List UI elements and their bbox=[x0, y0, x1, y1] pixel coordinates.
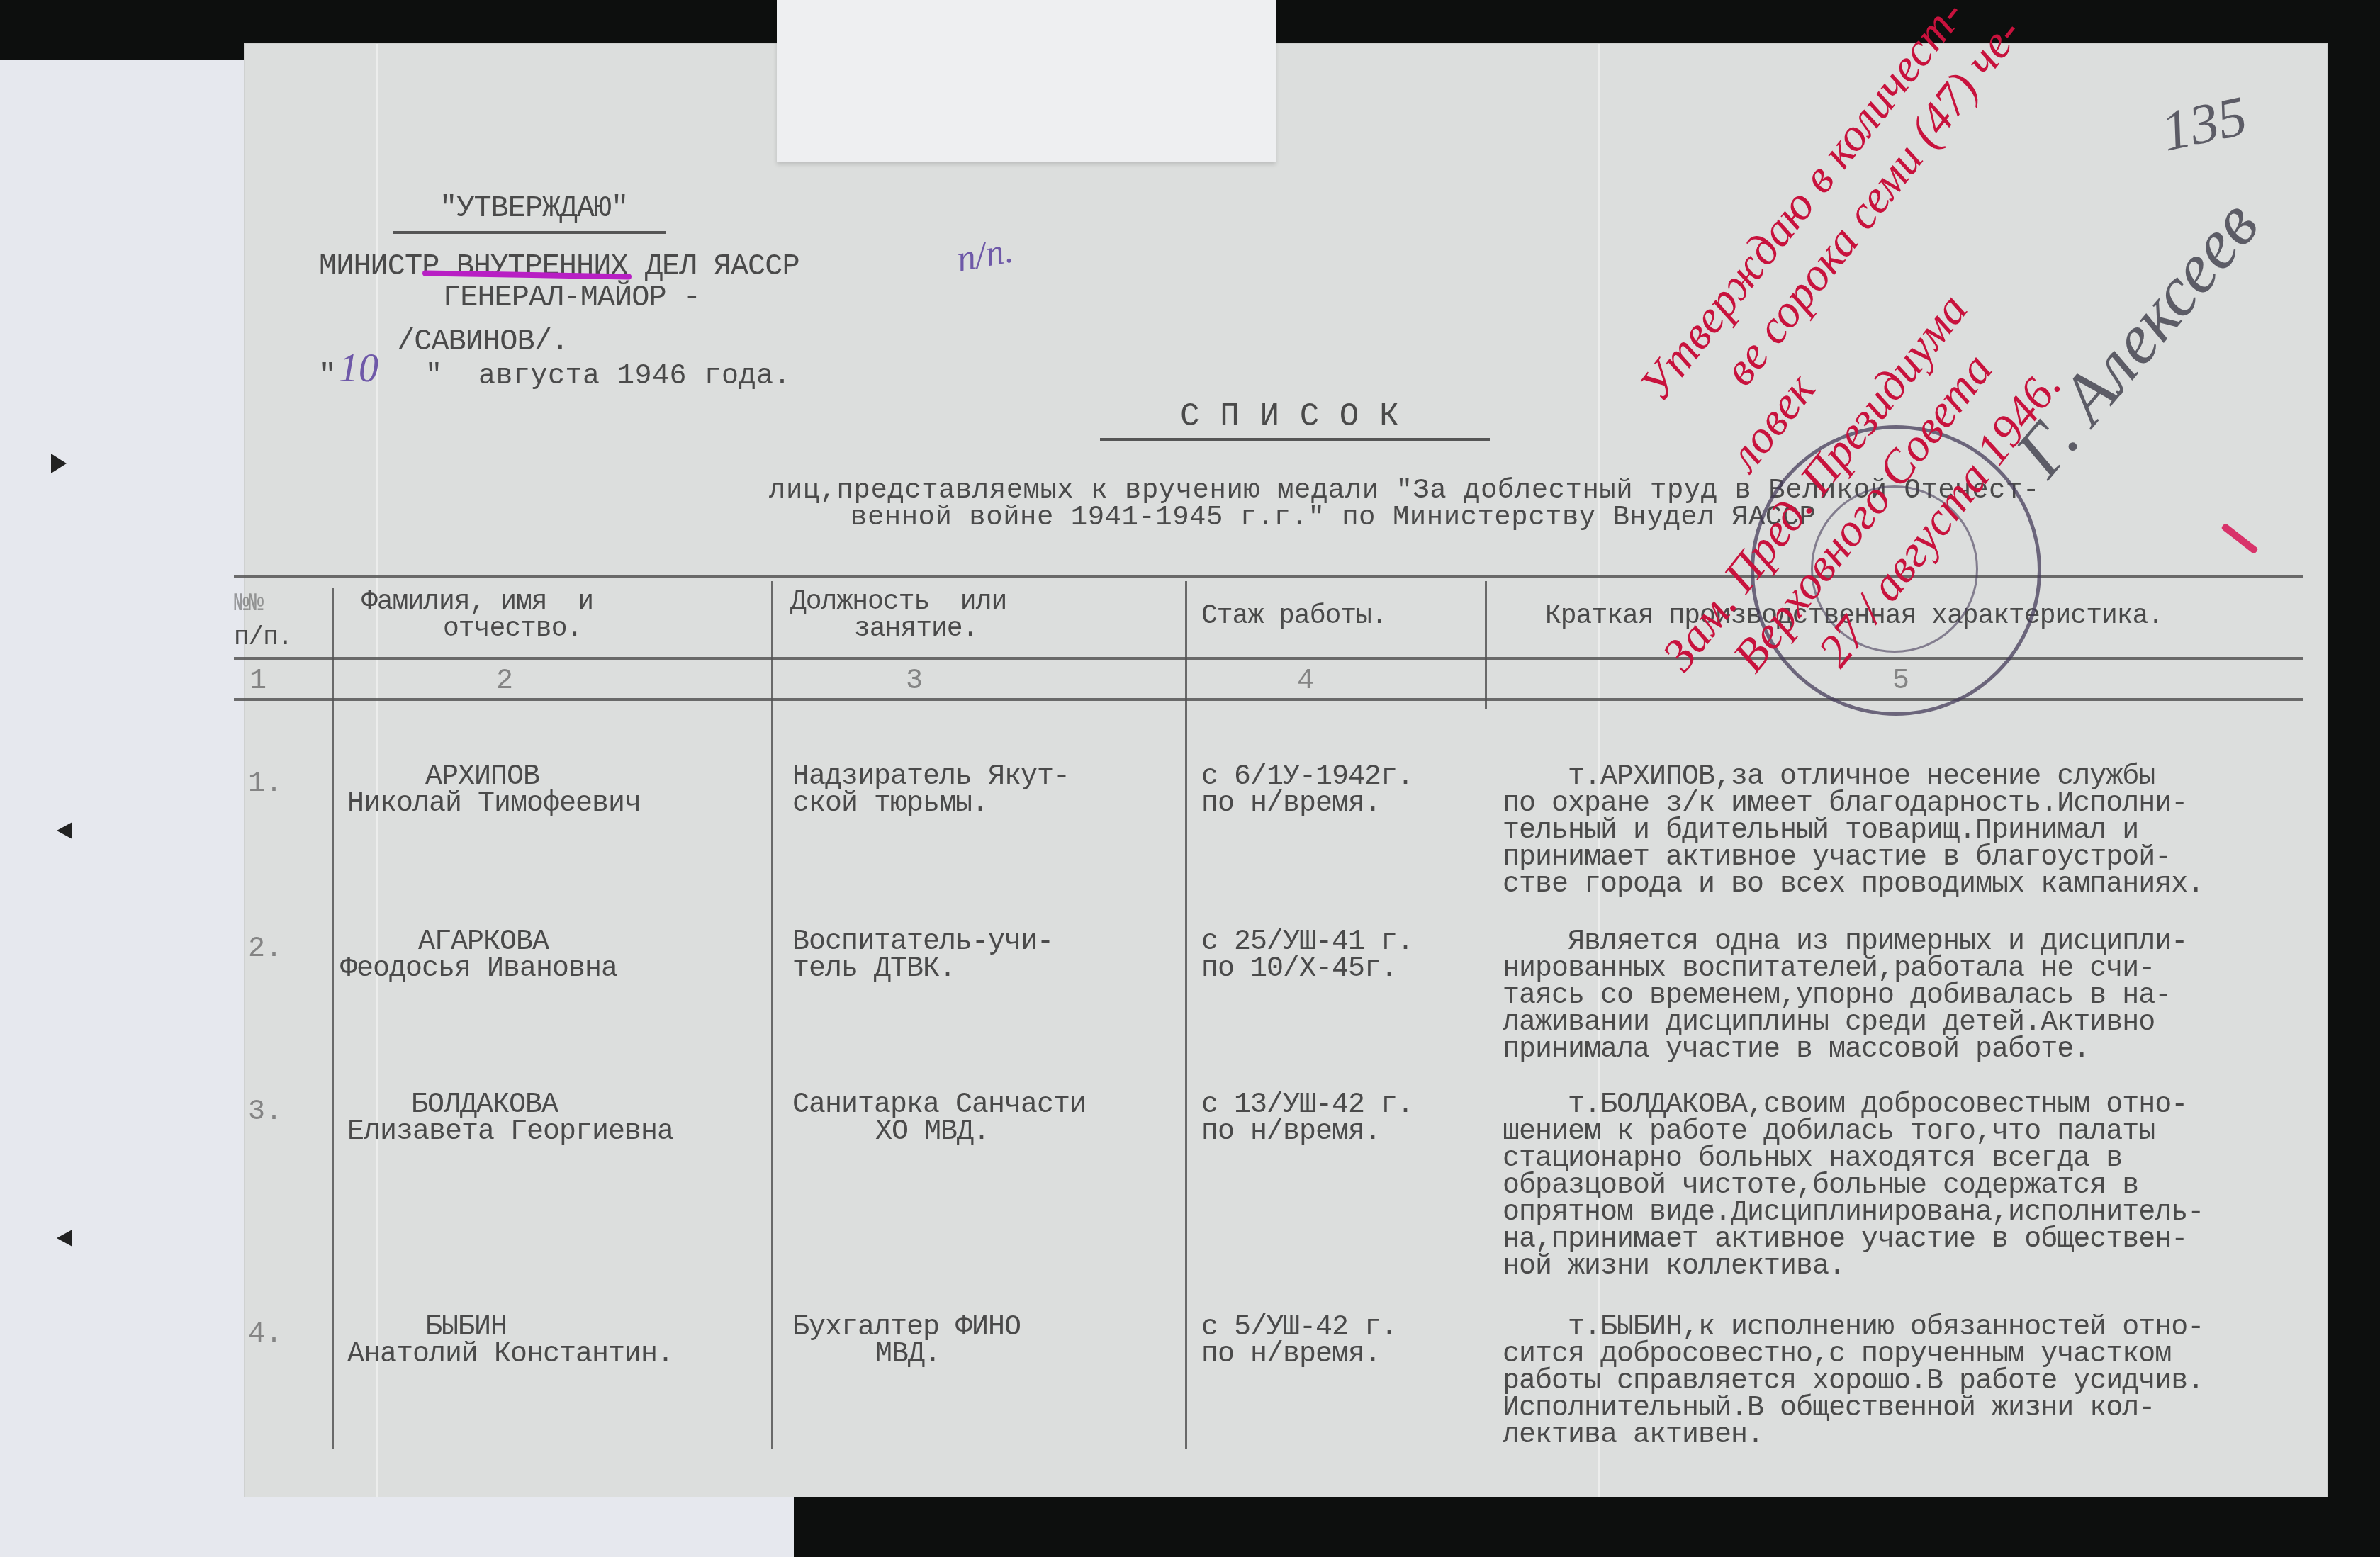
approval-heading: "УТВЕРЖДАЮ" bbox=[439, 193, 628, 224]
row-tenure-l2: по н/время. bbox=[1201, 1339, 1381, 1371]
row-number: 3. bbox=[248, 1097, 283, 1128]
table-column-number-rule bbox=[234, 698, 2303, 701]
table-column-divider bbox=[771, 581, 773, 1449]
row-given-names: Феодосья Ивановна bbox=[340, 954, 617, 985]
column-number: 1 bbox=[249, 666, 267, 697]
approval-date-text: августа 1946 года. bbox=[478, 361, 791, 393]
punch-mark-icon bbox=[51, 454, 67, 473]
characteristic-line: ной жизни коллектива. bbox=[1503, 1252, 1845, 1283]
punch-mark-icon bbox=[57, 822, 72, 839]
row-given-names: Анатолий Константин. bbox=[347, 1339, 673, 1371]
punch-mark-icon bbox=[57, 1230, 72, 1247]
approval-signatory-line: /САВИНОВ/. bbox=[397, 326, 568, 357]
characteristic-line: принимала участие в массовой работе. bbox=[1503, 1035, 2089, 1066]
column-number: 3 bbox=[906, 666, 924, 697]
paper-slip bbox=[777, 0, 1276, 162]
row-position-l2: ской тюрьмы. bbox=[792, 789, 988, 820]
table-column-divider bbox=[332, 588, 334, 1449]
approval-date-day: 10 bbox=[339, 346, 378, 391]
header-position-l2: занятие. bbox=[854, 614, 977, 645]
characteristic-line: стве города и во всех проводимых кампани… bbox=[1503, 870, 2204, 901]
approval-date-open-quote: " bbox=[319, 361, 337, 393]
row-position-l2: МВД. bbox=[875, 1339, 941, 1371]
column-number: 4 bbox=[1297, 666, 1315, 697]
row-position-l2: ХО МВД. bbox=[875, 1117, 989, 1148]
column-number: 2 bbox=[496, 666, 514, 697]
table-column-divider bbox=[1485, 581, 1487, 709]
document-title-underline bbox=[1100, 438, 1490, 441]
row-position-l2: тель ДТВК. bbox=[792, 954, 955, 985]
row-given-names: Елизавета Георгиевна bbox=[347, 1117, 673, 1148]
row-number: 1. bbox=[248, 769, 283, 800]
header-num-l2: п/п. bbox=[234, 622, 292, 653]
characteristic-line: лектива активен. bbox=[1503, 1420, 1763, 1451]
row-tenure-l2: по 10/Х-45г. bbox=[1201, 954, 1397, 985]
header-tenure: Стаж работы. bbox=[1201, 601, 1387, 632]
approval-heading-underline bbox=[393, 231, 666, 234]
table-column-divider bbox=[1185, 581, 1187, 1449]
row-given-names: Николай Тимофеевич bbox=[347, 789, 641, 820]
document-title: С П И С О К bbox=[1180, 401, 1399, 432]
row-number: 4. bbox=[248, 1320, 283, 1351]
header-name-l2: отчество. bbox=[443, 614, 582, 645]
row-tenure-l2: по н/время. bbox=[1201, 1117, 1381, 1148]
row-number: 2. bbox=[248, 934, 283, 965]
document-subtitle-line2: венной войне 1941-1945 г.г." по Министер… bbox=[851, 502, 1817, 533]
header-num-l1: №№ bbox=[234, 588, 263, 619]
approval-date-close-quote: " bbox=[425, 361, 443, 393]
approval-rank-line: ГЕНЕРАЛ-МАЙОР - bbox=[443, 282, 700, 313]
row-tenure-l2: по н/время. bbox=[1201, 789, 1381, 820]
